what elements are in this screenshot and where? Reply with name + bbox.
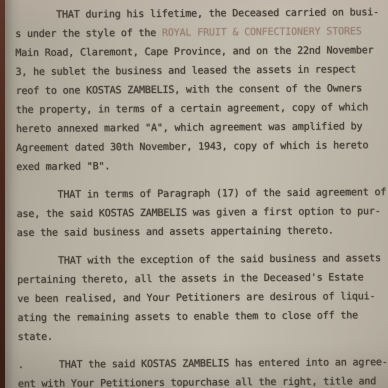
text-segment: s under the style of the — [15, 28, 162, 40]
document-line: exed marked "B". — [16, 155, 388, 177]
document-line: Agreement dated 30th November, 1943, cop… — [16, 136, 388, 158]
document-line: ase the said business and assets apperta… — [17, 221, 388, 243]
document-line: ent with Your Petitioners topurchase all… — [18, 372, 388, 388]
document-lines: THAT during his lifetime, the Deceased c… — [15, 3, 388, 388]
document-line: ating the remaining assets to enable the… — [17, 306, 388, 328]
document-line: state. — [18, 325, 388, 347]
scanned-document-photo: THAT during his lifetime, the Deceased c… — [0, 0, 388, 388]
faded-text-segment: ROYAL FRUIT & CONFECTIONERY STORES — [162, 26, 362, 39]
